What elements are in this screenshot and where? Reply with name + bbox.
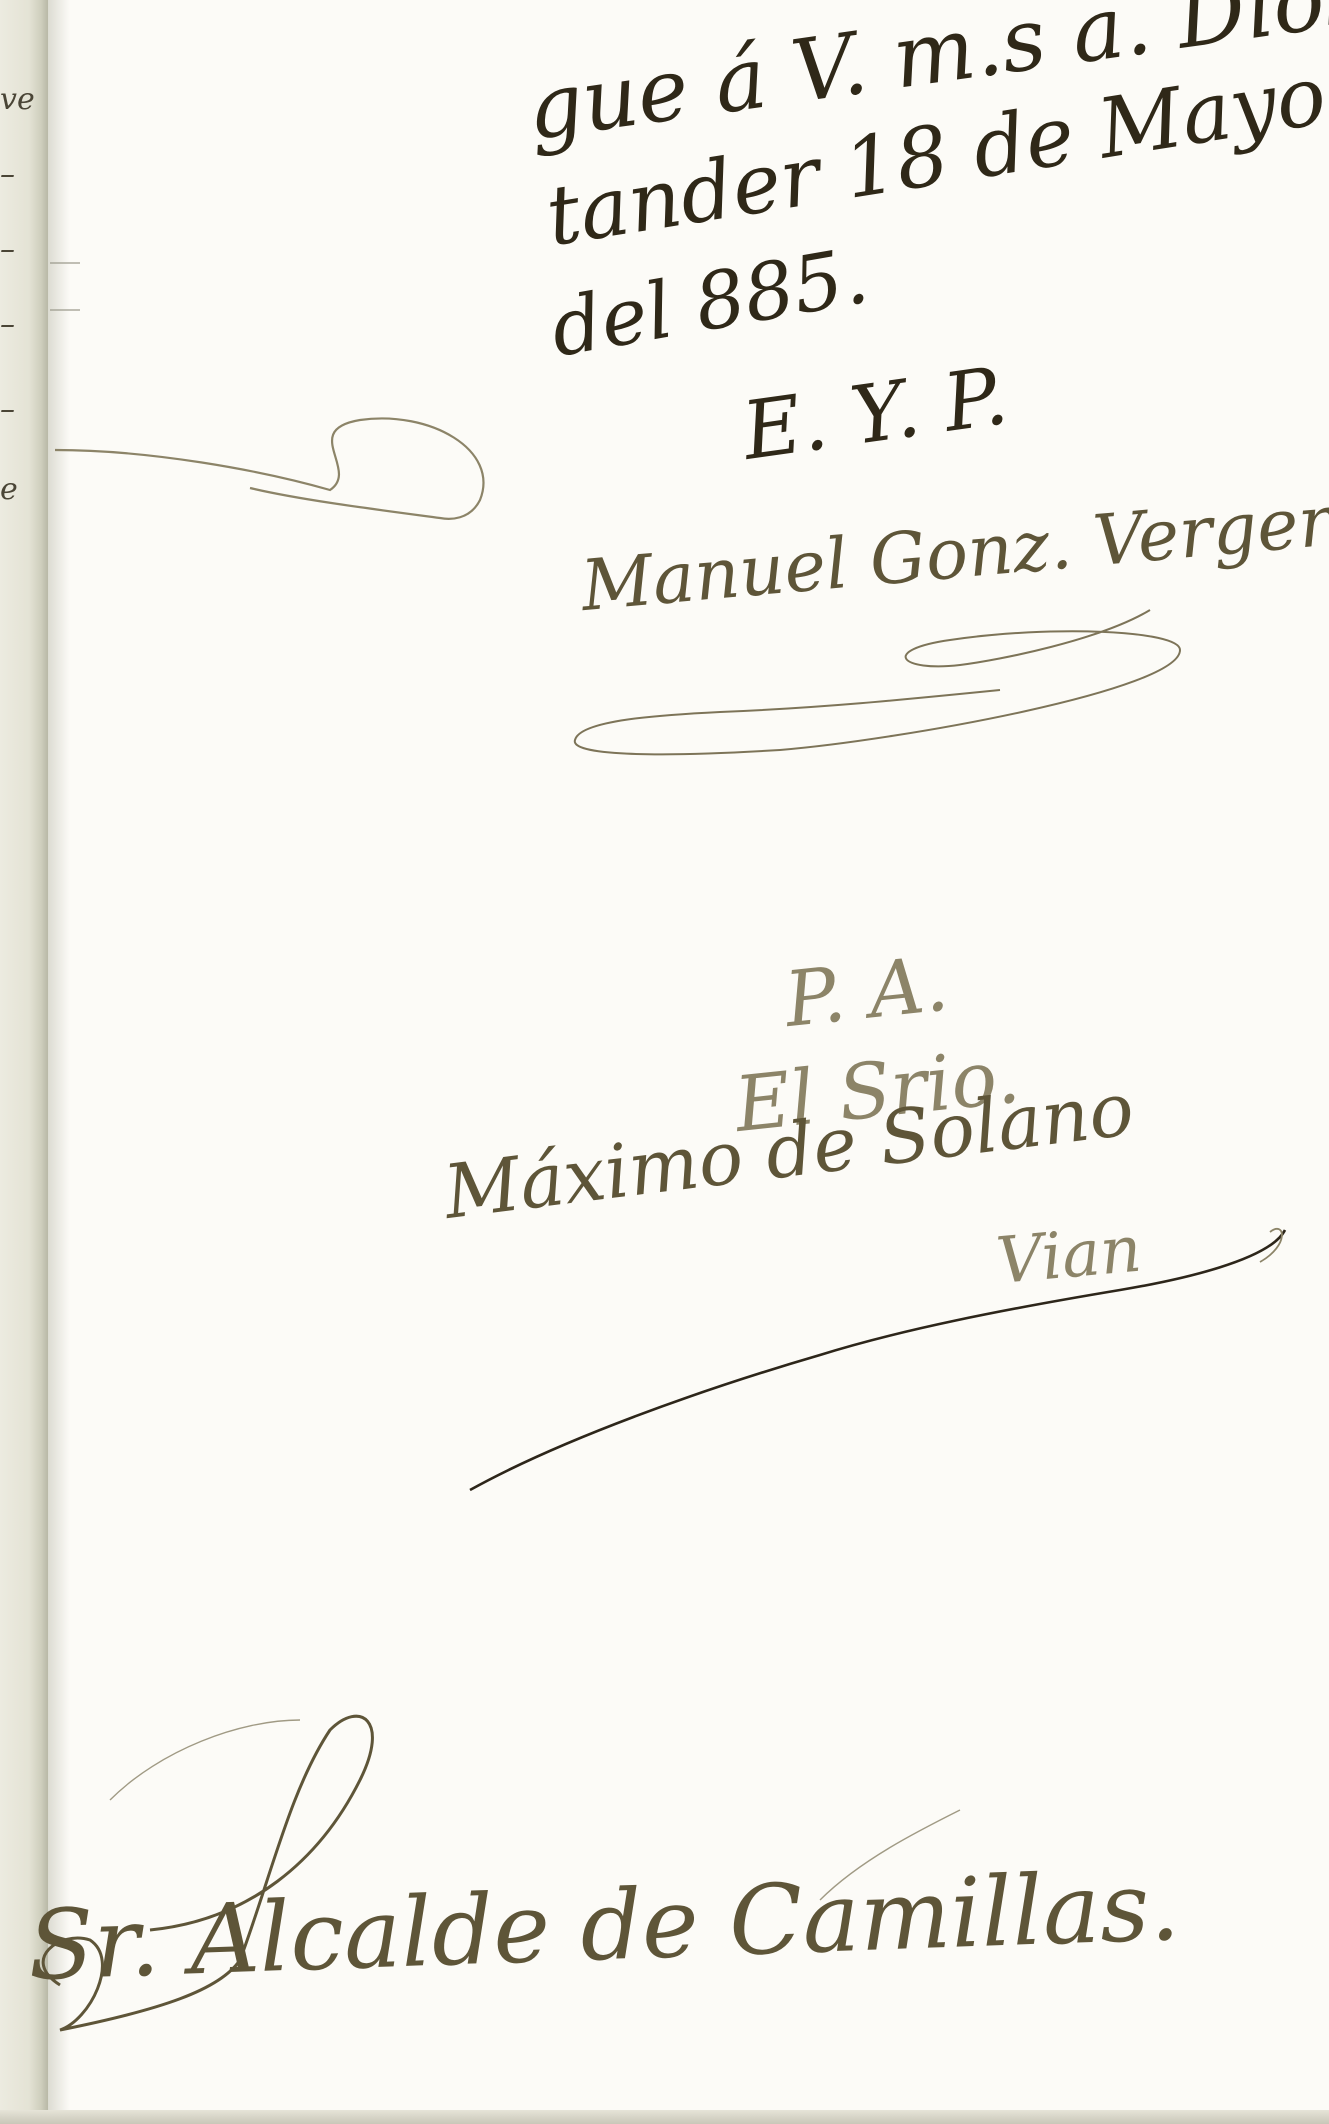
endorsement-rubric-icon — [470, 1230, 1285, 1490]
page-bottom-edge — [0, 2110, 1329, 2124]
address-line: Sr. Alcalde de Camillas. — [26, 1850, 1181, 2002]
loop-flourish-icon — [55, 418, 483, 518]
endorsement-line-1: P. A. — [781, 938, 953, 1044]
margin-fragment: – — [0, 160, 15, 190]
signature: Manuel Gonz. Verger — [578, 480, 1329, 627]
margin-fragment: – — [0, 310, 15, 340]
margin-fragment: – — [0, 395, 15, 425]
signature-rubric-icon — [575, 610, 1180, 754]
document-page: ve – – – – e gue á V. m.s a. Dios tander… — [0, 0, 1329, 2124]
margin-fragment: ve — [0, 85, 35, 115]
gutter-shadow — [48, 0, 70, 2124]
margin-fragment: – — [0, 235, 15, 265]
margin-fragment: e — [0, 475, 18, 505]
closing-abbreviation: E. Y. P. — [737, 349, 1013, 478]
endorsement-line-4: Vian — [994, 1213, 1145, 1299]
